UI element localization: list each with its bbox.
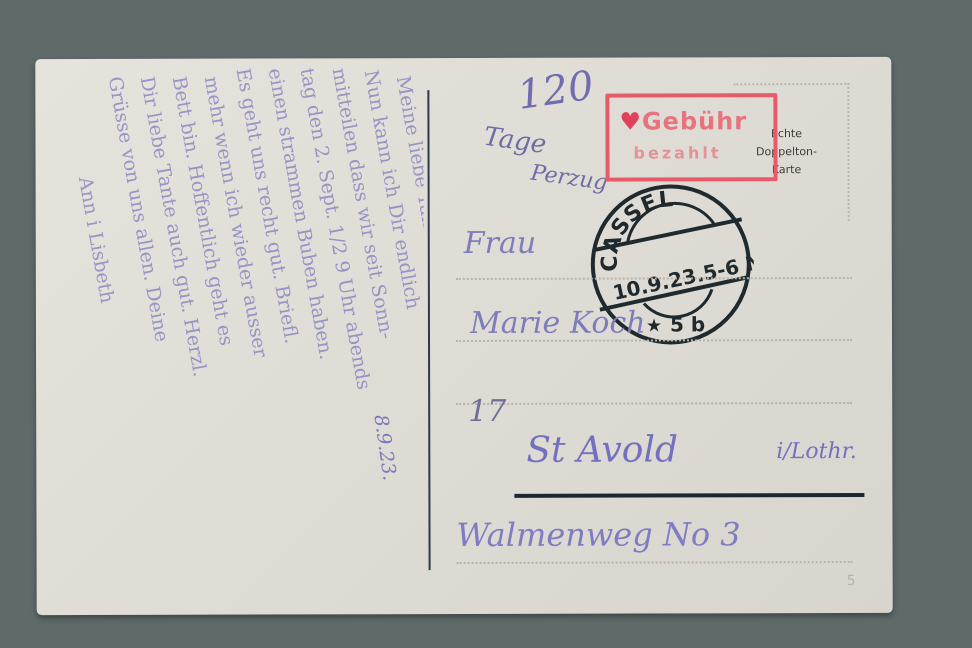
address-name: Marie Koch <box>470 306 646 341</box>
postcard: Meine liebe Tante! Nun kann ich Dir endl… <box>35 57 892 615</box>
address-line <box>456 402 852 405</box>
address-city-suffix: i/Lothr. <box>776 439 856 464</box>
message-line: Ann i Lisbeth <box>74 175 118 305</box>
address-underline <box>514 493 864 498</box>
address-city: St Avold <box>526 429 678 470</box>
postmark-star-icon: ★ <box>646 315 662 336</box>
fee-stamp-title: Gebühr <box>642 107 747 135</box>
address-house-number: 17 <box>468 394 506 429</box>
center-divider <box>427 90 430 570</box>
corner-mark: 5 <box>847 573 856 589</box>
address-street: Walmenweg No 3 <box>456 515 740 554</box>
handwritten-message: Meine liebe Tante! Nun kann ich Dir endl… <box>43 64 424 605</box>
fee-paid-stamp: ♥Gebühr bezahlt <box>605 93 777 181</box>
address-salutation: Frau <box>464 226 536 261</box>
handwritten-number: 120 <box>514 63 596 119</box>
fee-stamp-subtitle: bezahlt <box>633 143 721 162</box>
heart-icon: ♥ <box>619 108 642 136</box>
svg-text:CASSEL: CASSEL <box>597 187 675 272</box>
handwritten-tage: Tage <box>482 122 548 160</box>
address-line <box>457 561 853 564</box>
postmark-code: 5 b <box>670 312 705 336</box>
postmark-city: CASSEL <box>597 187 675 272</box>
